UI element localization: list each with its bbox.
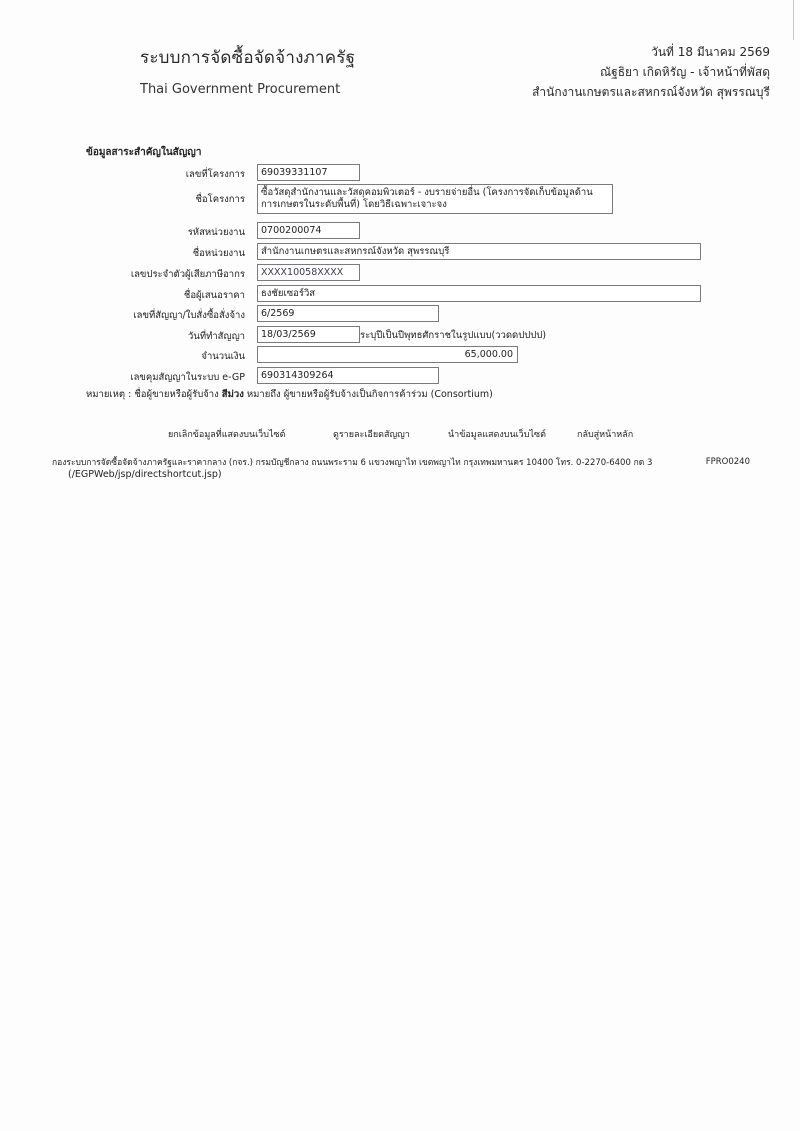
header-date: วันที่ 18 มีนาคม 2569 bbox=[532, 42, 770, 62]
contract-number-field[interactable]: 6/2569 bbox=[257, 305, 439, 322]
project-name-label: ชื่อโครงการ bbox=[85, 192, 245, 207]
brand-title-thai: ระบบการจัดซื้อจัดจ้างภาครัฐ bbox=[140, 44, 355, 71]
bidder-name-field[interactable]: ธงชัยเซอร์วิส bbox=[257, 285, 701, 302]
tax-id-field[interactable]: XXXX10058XXXX bbox=[257, 264, 360, 281]
project-number-label: เลขที่โครงการ bbox=[85, 167, 245, 182]
back-home-link[interactable]: กลับสู่หน้าหลัก bbox=[577, 427, 633, 441]
note-suffix: หมายถึง ผู้ขายหรือผู้รับจ้างเป็นกิจการค้… bbox=[244, 389, 493, 400]
agency-code-label: รหัสหน่วยงาน bbox=[85, 225, 245, 240]
agency-name-label: ชื่อหน่วยงาน bbox=[85, 246, 245, 261]
scan-edge bbox=[793, 0, 794, 40]
cancel-publish-link[interactable]: ยกเลิกข้อมูลที่แสดงบนเว็บไซต์ bbox=[168, 427, 285, 441]
brand-title-english: Thai Government Procurement bbox=[140, 82, 340, 97]
contract-number-label: เลขที่สัญญา/ใบสั่งซื้อสั่งจ้าง bbox=[85, 308, 245, 323]
header-user-info: วันที่ 18 มีนาคม 2569 ณัฐธิยา เกิดหิรัญ … bbox=[532, 42, 770, 102]
section-title: ข้อมูลสาระสำคัญในสัญญา bbox=[86, 145, 201, 160]
egp-contract-number-label: เลขคุมสัญญาในระบบ e-GP bbox=[85, 370, 245, 385]
note-highlight: สีม่วง bbox=[222, 389, 244, 400]
contract-date-label: วันที่ทำสัญญา bbox=[85, 329, 245, 344]
header-agency: สำนักงานเกษตรและสหกรณ์จังหวัด สุพรรณบุรี bbox=[532, 82, 770, 102]
footer-path: (/EGPWeb/jsp/directshortcut.jsp) bbox=[52, 469, 652, 481]
view-contract-link[interactable]: ดูรายละเอียดสัญญา bbox=[333, 427, 410, 441]
tax-id-label: เลขประจำตัวผู้เสียภาษีอากร bbox=[85, 267, 245, 282]
amount-field[interactable]: 65,000.00 bbox=[257, 346, 518, 363]
consortium-note: หมายเหตุ : ชื่อผู้ขายหรือผู้รับจ้าง สีม่… bbox=[86, 387, 493, 402]
note-prefix: หมายเหตุ : ชื่อผู้ขายหรือผู้รับจ้าง bbox=[86, 389, 222, 400]
footer: กองระบบการจัดซื้อจัดจ้างภาครัฐและราคากลา… bbox=[52, 457, 652, 481]
header-user: ณัฐธิยา เกิดหิรัญ - เจ้าหน้าที่พัสดุ bbox=[532, 62, 770, 82]
egp-contract-number-field[interactable]: 690314309264 bbox=[257, 367, 439, 384]
publish-link[interactable]: นำข้อมูลแสดงบนเว็บไซต์ bbox=[448, 427, 546, 441]
page-code: FPRO0240 bbox=[706, 457, 750, 467]
footer-address: กองระบบการจัดซื้อจัดจ้างภาครัฐและราคากลา… bbox=[52, 457, 652, 469]
project-number-field[interactable]: 69039331107 bbox=[257, 164, 360, 181]
contract-date-field[interactable]: 18/03/2569 bbox=[257, 326, 360, 343]
agency-code-field[interactable]: 0700200074 bbox=[257, 222, 360, 239]
amount-label: จำนวนเงิน bbox=[85, 349, 245, 364]
bidder-name-label: ชื่อผู้เสนอราคา bbox=[85, 288, 245, 303]
date-format-hint: ระบุปีเป็นปีพุทธศักราชในรูปแบบ(ววดดปปปป) bbox=[360, 328, 546, 343]
agency-name-field[interactable]: สำนักงานเกษตรและสหกรณ์จังหวัด สุพรรณบุรี bbox=[257, 243, 701, 260]
project-name-field[interactable]: ซื้อวัสดุสำนักงานและวัสดุคอมพิวเตอร์ - ง… bbox=[257, 184, 613, 214]
